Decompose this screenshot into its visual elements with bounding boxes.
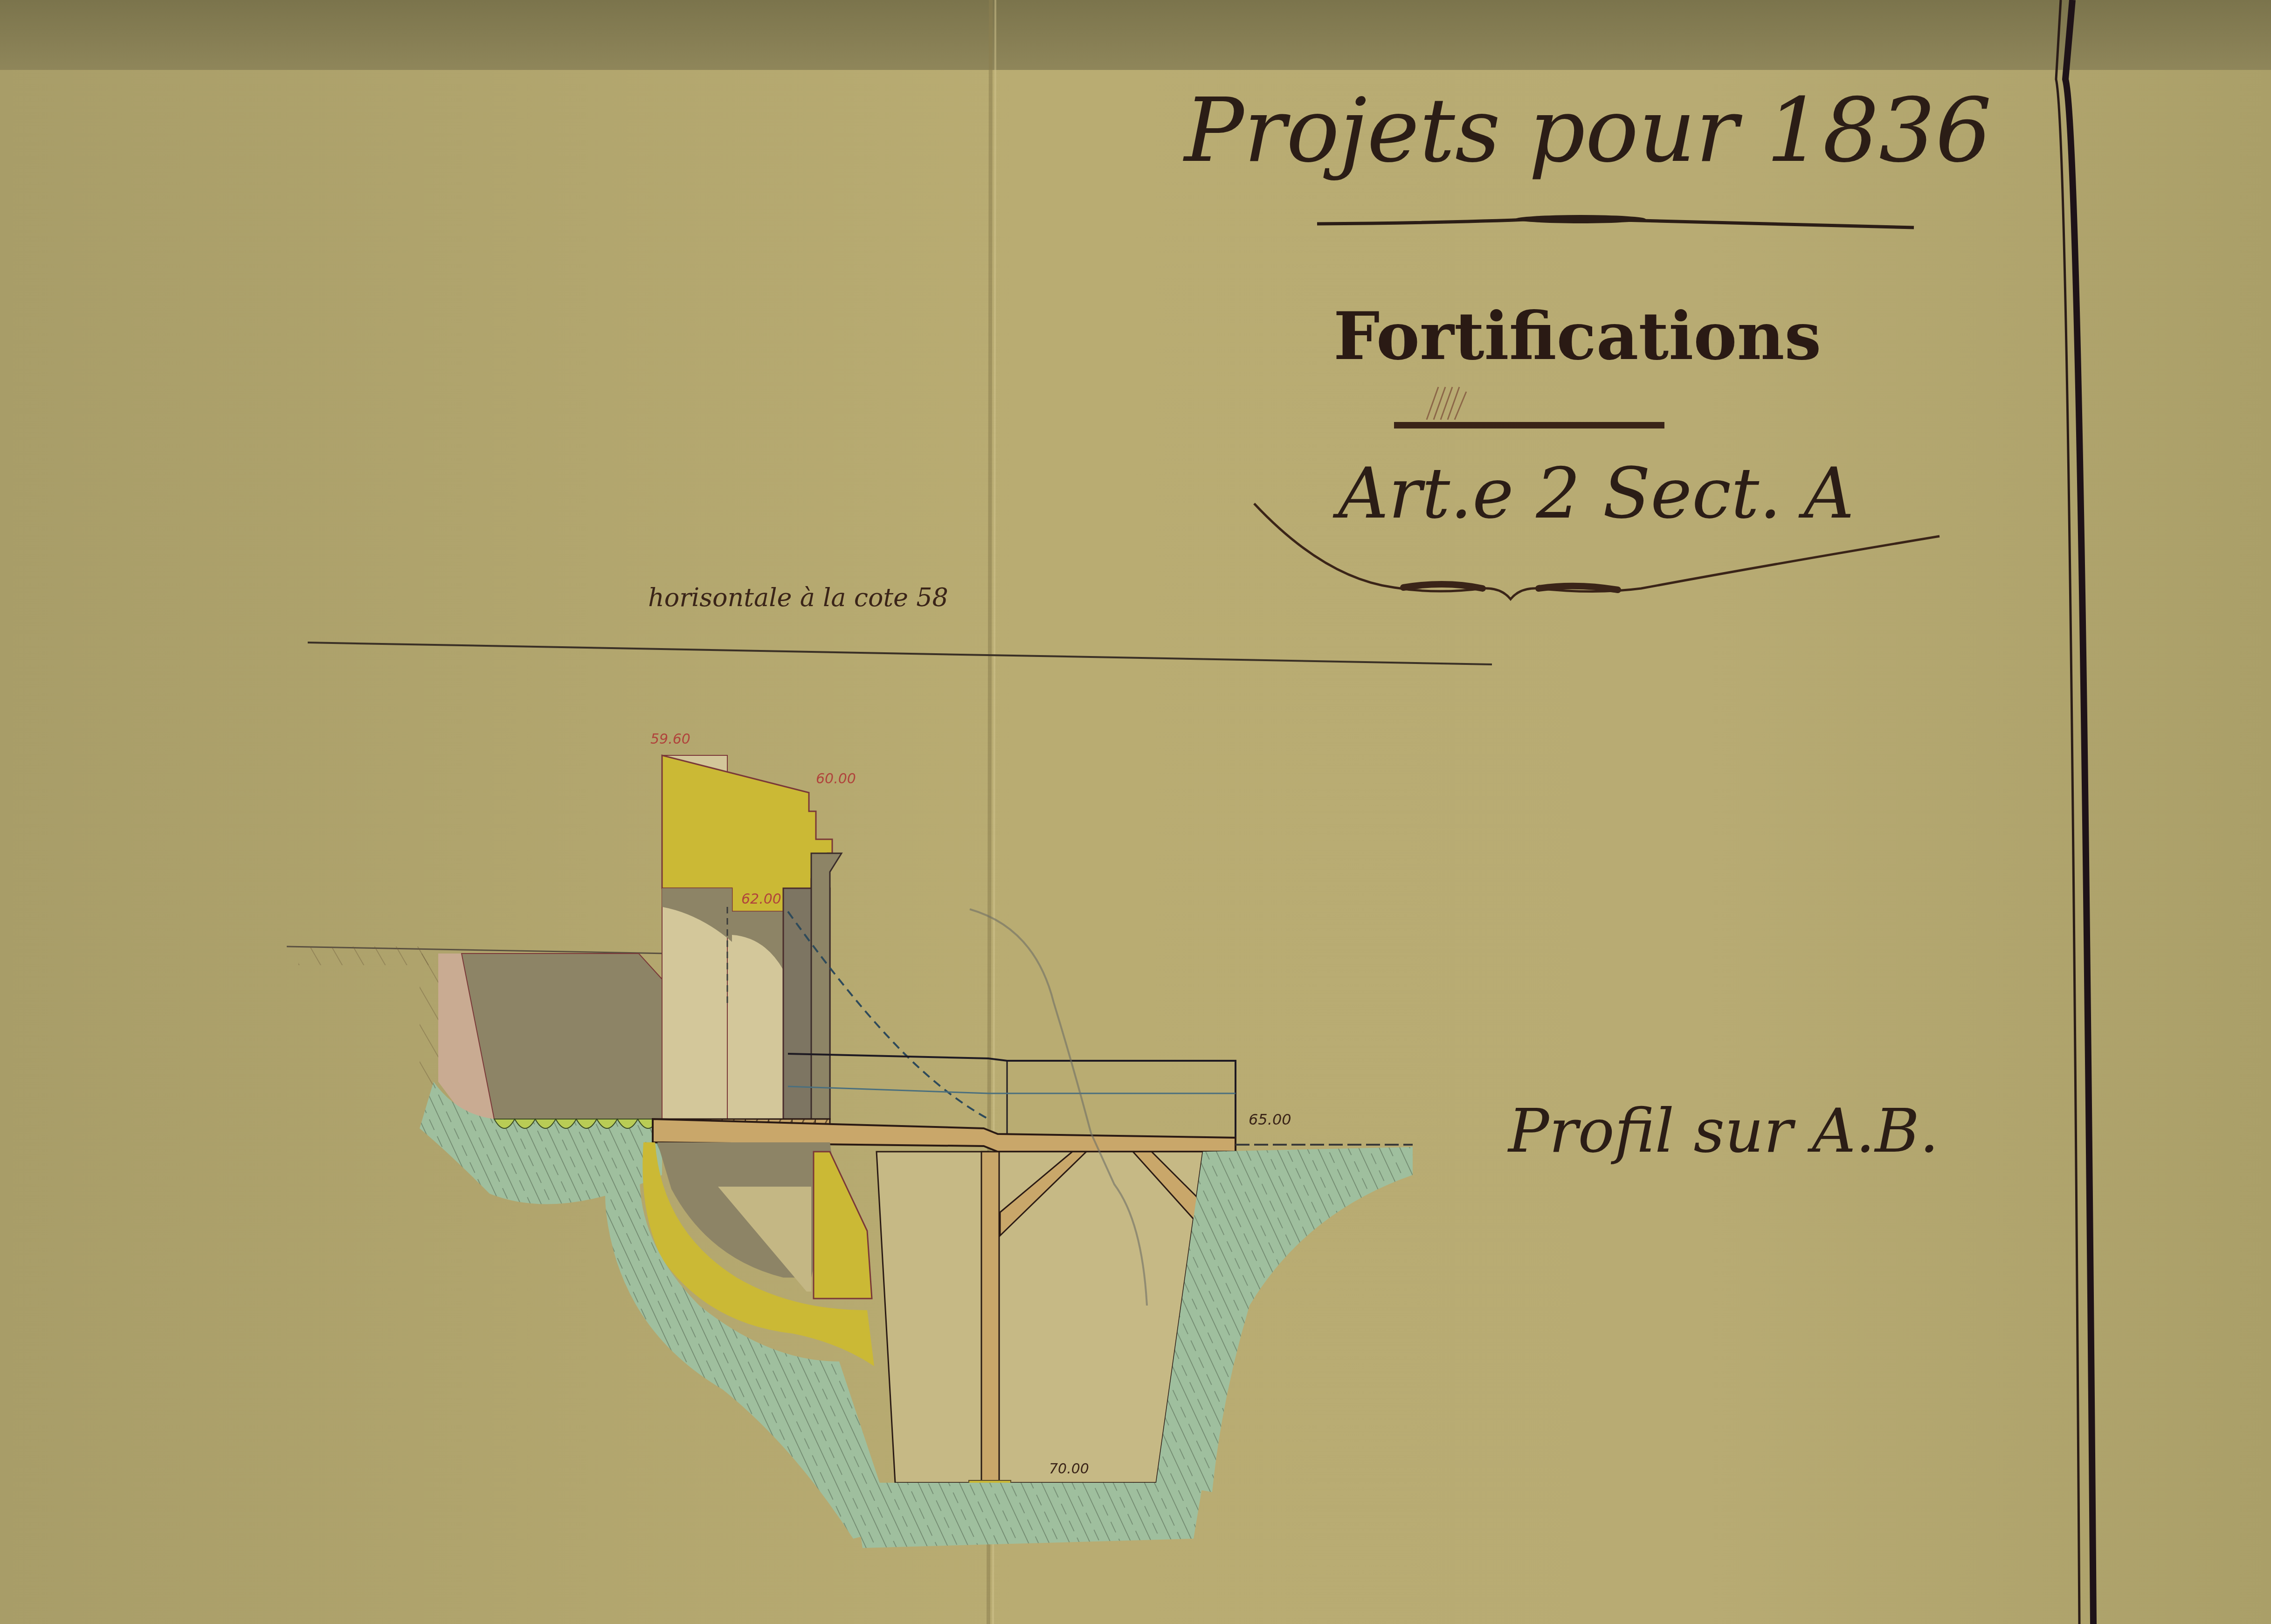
ground-hatch-left <box>420 954 438 1098</box>
timber-post <box>981 1152 999 1487</box>
title-text: Projets pour 1836 <box>1183 79 1992 182</box>
elevation-65-00: 65.00 <box>1249 1111 1291 1128</box>
section-text: Art.e 2 Sect. A <box>1332 453 1854 534</box>
ground-ditch-bottom <box>853 1483 1203 1548</box>
elevation-59-60: 59.60 <box>650 731 690 747</box>
horizontal-reference-label: horisontale à la cote 58 <box>648 583 948 612</box>
elevation-62-00: 62.00 <box>741 891 781 907</box>
drawing-sheet: Projets pour 1836 Fortifications Art.e 2… <box>0 0 2271 1624</box>
elevation-70-00: 70.00 <box>1049 1461 1089 1477</box>
paper-top-shadow <box>0 0 2271 70</box>
subtitle-underline <box>1394 422 1664 428</box>
elevation-60-00: 60.00 <box>816 771 856 787</box>
profile-caption: Profil sur A.B. <box>1507 1095 1939 1166</box>
drawing-canvas: Projets pour 1836 Fortifications Art.e 2… <box>0 0 2271 1624</box>
ditch-left-wall <box>877 1152 998 1483</box>
subtitle-text: Fortifications <box>1333 298 1821 375</box>
rampart-block <box>462 954 662 1119</box>
title-underline-swell <box>1515 215 1646 223</box>
ground-hatch-top <box>298 947 438 965</box>
